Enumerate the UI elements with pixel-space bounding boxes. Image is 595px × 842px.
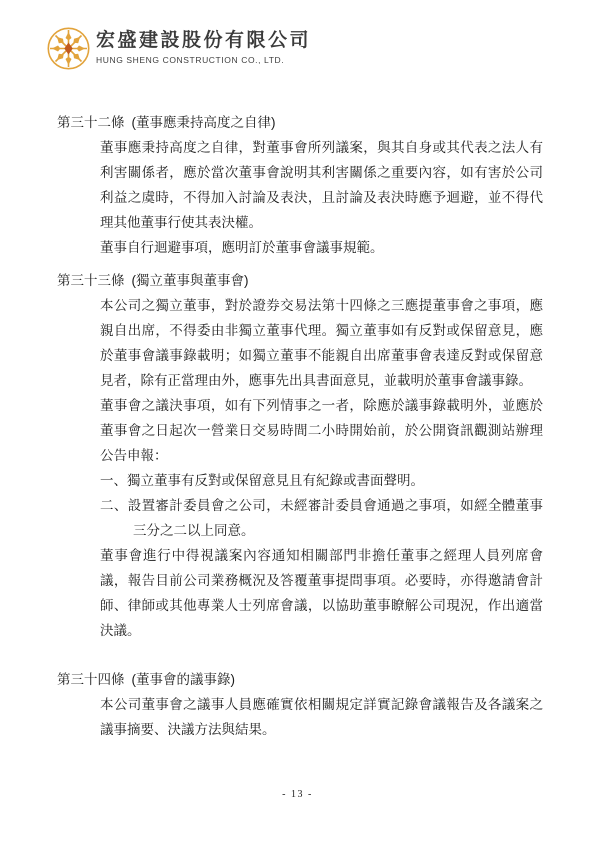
article-title: (董事會的議事錄) <box>132 672 236 687</box>
article-section: 第三十二條(董事應秉持高度之自律)董事應秉持高度之自律，對董事會所列議案，與其自… <box>57 110 543 260</box>
article-title: (董事應秉持高度之自律) <box>132 115 276 130</box>
company-name-block: 宏盛建設股份有限公司 HUNG SHENG CONSTRUCTION CO., … <box>96 26 311 65</box>
company-header: 宏盛建設股份有限公司 HUNG SHENG CONSTRUCTION CO., … <box>46 26 311 71</box>
list-marker: 二、 <box>100 498 128 513</box>
paragraph: 本公司董事會之議事人員應確實依相關規定詳實記錄會議報告及各議案之議事摘要、決議方… <box>57 692 543 742</box>
list-marker: 一、 <box>100 473 127 488</box>
paragraph: 董事會進行中得視議案內容通知相關部門非擔任董事之經理人員列席會議，報告目前公司業… <box>57 543 543 643</box>
article-section: 第三十三條(獨立董事與董事會)本公司之獨立董事，對於證券交易法第十四條之三應提董… <box>57 268 543 643</box>
company-logo-icon <box>46 26 91 71</box>
article-number: 第三十四條 <box>57 672 125 687</box>
list-text: 設置審計委員會之公司，未經審計委員會通過之事項，如經全體董事三分之二以上同意。 <box>128 498 543 538</box>
article-heading: 第三十三條(獨立董事與董事會) <box>57 268 543 293</box>
article-heading: 第三十四條(董事會的議事錄) <box>57 667 543 692</box>
list-item: 二、設置審計委員會之公司，未經審計委員會通過之事項，如經全體董事三分之二以上同意… <box>57 493 543 543</box>
article-title: (獨立董事與董事會) <box>132 273 249 288</box>
list-item: 一、獨立董事有反對或保留意見且有紀錄或書面聲明。 <box>57 468 543 493</box>
document-page: 宏盛建設股份有限公司 HUNG SHENG CONSTRUCTION CO., … <box>0 0 595 842</box>
page-footer: - 13 - <box>0 789 595 800</box>
paragraph: 董事會之議決事項，如有下列情事之一者，除應於議事錄載明外，並應於董事會之日起次一… <box>57 393 543 468</box>
article-heading: 第三十二條(董事應秉持高度之自律) <box>57 110 543 135</box>
paragraph: 董事自行迴避事項，應明訂於董事會議事規範。 <box>57 235 543 260</box>
article-section: 第三十四條(董事會的議事錄)本公司董事會之議事人員應確實依相關規定詳實記錄會議報… <box>57 667 543 742</box>
company-name-zh: 宏盛建設股份有限公司 <box>96 28 311 52</box>
company-name-en: HUNG SHENG CONSTRUCTION CO., LTD. <box>96 55 311 65</box>
paragraph: 本公司之獨立董事，對於證券交易法第十四條之三應提董事會之事項，應親自出席，不得委… <box>57 293 543 393</box>
document-body: 第三十二條(董事應秉持高度之自律)董事應秉持高度之自律，對董事會所列議案，與其自… <box>57 110 543 742</box>
article-number: 第三十三條 <box>57 273 125 288</box>
article-number: 第三十二條 <box>57 115 125 130</box>
list-text: 獨立董事有反對或保留意見且有紀錄或書面聲明。 <box>127 473 424 488</box>
paragraph: 董事應秉持高度之自律，對董事會所列議案，與其自身或其代表之法人有利害關係者，應於… <box>57 135 543 235</box>
page-number: - 13 - <box>282 789 313 800</box>
